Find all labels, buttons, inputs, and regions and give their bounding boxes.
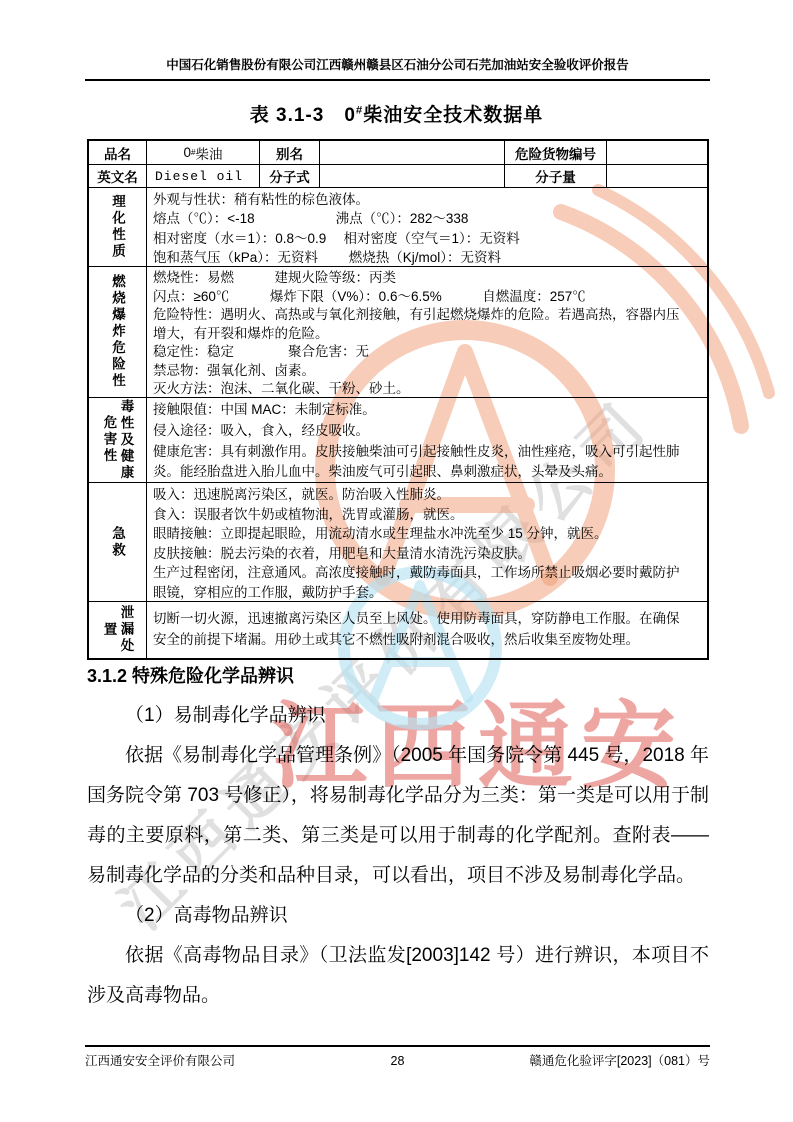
value-dangerous-goods-number	[606, 141, 707, 164]
table-text-line: 接触限值：中国 MAC：未制定标准。	[153, 400, 703, 421]
section-heading: 3.1.2 特殊危险化学品辨识	[87, 661, 709, 691]
table-row-physical-properties: 理化性质 外观与性状：稍有粘性的棕色液体。熔点（℃）：<-18 沸点（℃）：28…	[89, 187, 707, 266]
product-number: 0	[344, 105, 356, 126]
label-dangerous-goods-number: 危险货物编号	[504, 141, 606, 164]
table-text-line: 生产过程密闭，注意通风。高浓度接触时，戴防毒面具，工作场所禁止吸烟必要时戴防护	[153, 563, 703, 583]
row-label-leak-disposal: 泄漏处置	[89, 602, 146, 658]
label-alias: 别名	[259, 141, 319, 164]
table-text-line: 切断一切火源，迅速撤离污染区人员至上风处。使用防毒面具，穿防静电工作服。在确保	[153, 608, 703, 629]
table-text-line: 闪点：≥60℃ 爆炸下限（V%）：0.6～6.5% 自燃温度：257℃	[153, 288, 703, 307]
vertical-label-column: 置	[101, 622, 118, 639]
section-content-toxicity-health-hazard: 接触限值：中国 MAC：未制定标准。侵入途径：吸入，食入，经皮吸收。健康危害：具…	[146, 398, 707, 482]
table-text-line: 皮肤接触：脱去污染的衣着，用肥皂和大量清水清洗污染皮肤。	[153, 544, 703, 564]
page-header: 中国石化销售股份有限公司江西赣州赣县区石油分公司石芫加油站安全验收评价报告	[85, 55, 710, 81]
table-title: 表 3.1-30#柴油安全技术数据单	[0, 100, 793, 127]
table-row-first-aid: 急救 吸入：迅速脱离污染区，就医。防治吸入性肺炎。食入：误服者饮牛奶或植物油，洗…	[89, 482, 707, 601]
table-row-product-name: 品名 0#柴油 别名 危险货物编号	[89, 141, 707, 164]
vertical-label-column: 危害性	[101, 415, 118, 465]
table-number: 表 3.1-3	[250, 105, 325, 126]
value-alias	[319, 141, 504, 164]
row-label-fire-explosion-hazard: 燃烧爆炸危险性	[89, 267, 146, 397]
product-text: 柴油	[196, 143, 223, 163]
vertical-label-column: 燃烧爆炸危险性	[109, 274, 126, 390]
table-text-line: 相对密度（水＝1）：0.8～0.9 相对密度（空气＝1）：无资料	[153, 229, 703, 248]
product-num: 0	[183, 145, 191, 160]
table-text-line: 禁忌物：强氧化剂、卤素。	[153, 362, 703, 381]
table-text-line: 饱和蒸气压（kPa）：无资料 燃烧热（Kj/mol）：无资料	[153, 248, 703, 266]
table-text-line: 眼睛接触：立即提起眼睑，用流动清水或生理盐水冲洗至少 15 分钟，就医。	[153, 524, 703, 544]
table-text-line: 外观与性状：稍有粘性的棕色液体。	[153, 190, 703, 209]
label-molecular-weight: 分子量	[504, 165, 606, 187]
paragraph-precursor-chemicals: 依据《易制毒化学品管理条例》（2005 年国务院令第 445 号，2018 年国…	[87, 736, 709, 896]
table-text-line: 安全的前提下堵漏。用砂土或其它不燃性吸附剂混合吸收，然后收集至废物处理。	[153, 629, 703, 650]
table-text-line: 危险特性：遇明火、高热或与氧化剂接触，有引起燃烧爆炸的危险。若遇高热，容器内压	[153, 306, 703, 325]
row-label-first-aid: 急救	[89, 483, 146, 601]
table-row-fire-explosion-hazard: 燃烧爆炸危险性 燃烧性：易燃 建规火险等级：丙类闪点：≥60℃ 爆炸下限（V%）…	[89, 266, 707, 397]
table-title-text: 柴油安全技术数据单	[363, 105, 543, 126]
section-content-physical-properties: 外观与性状：稍有粘性的棕色液体。熔点（℃）：<-18 沸点（℃）：282～338…	[146, 188, 707, 266]
value-molecular-formula	[319, 165, 504, 187]
vertical-label-column: 泄漏处	[118, 605, 135, 655]
table-text-line: 熔点（℃）：<-18 沸点（℃）：282～338	[153, 209, 703, 228]
table-text-line: 健康危害：具有刺激作用。皮肤接触柴油可引起接触性皮炎，油性痤疮，吸入可引起性肺	[153, 442, 703, 463]
vertical-label-column: 急救	[109, 526, 126, 559]
safety-data-table: 品名 0#柴油 别名 危险货物编号 英文名 Diesel oil 分子式 分子量	[87, 139, 709, 660]
subsection-title-2: （2）高毒物品辨识	[87, 896, 709, 936]
document-page: 江西通安评价有限公司 江西通安 中国石化销售股份有限公司江西赣州赣县区石油分公司…	[0, 0, 793, 1122]
table-text-line: 眼镜，穿相应的工作服，戴防护手套。	[153, 583, 703, 602]
table-text-line: 吸入：迅速脱离污染区，就医。防治吸入性肺炎。	[153, 485, 703, 505]
row-label-physical-properties: 理化性质	[89, 188, 146, 266]
paragraph-highly-toxic: 依据《高毒物品目录》（卫法监发[2003]142 号）进行辨识，本项目不涉及高毒…	[87, 936, 709, 1016]
section-content-fire-explosion-hazard: 燃烧性：易燃 建规火险等级：丙类闪点：≥60℃ 爆炸下限（V%）：0.6～6.5…	[146, 267, 707, 397]
footer-document-number: 赣通危化验评字[2023]（081）号	[404, 1051, 710, 1069]
table-row-toxicity-health-hazard: 毒性及健康危害性 接触限值：中国 MAC：未制定标准。侵入途径：吸入，食入，经皮…	[89, 397, 707, 482]
body-section: 3.1.2 特殊危险化学品辨识 （1）易制毒化学品辨识 依据《易制毒化学品管理条…	[87, 661, 709, 1016]
footer-page-number: 28	[391, 1054, 405, 1068]
table-text-line: 食入：误服者饮牛奶或植物油，洗胃或灌肠，就医。	[153, 505, 703, 525]
table-text-line: 炎。能经胎盘进入胎儿血中。柴油废气可引起眼、鼻刺激症状，头晕及头痛。	[153, 462, 703, 482]
table-text-line: 增大，有开裂和爆炸的危险。	[153, 325, 703, 344]
content-layer: 中国石化销售股份有限公司江西赣州赣县区石油分公司石芫加油站安全验收评价报告 表 …	[0, 0, 793, 1122]
section-content-leak-disposal: 切断一切火源，迅速撤离污染区人员至上风处。使用防毒面具，穿防静电工作服。在确保安…	[146, 602, 707, 658]
table-text-line: 灭火方法：泡沫、二氧化碳、干粉、砂土。	[153, 380, 703, 397]
vertical-label-column: 理化性质	[109, 194, 126, 260]
footer-company-name: 江西通安安全评价有限公司	[85, 1051, 391, 1069]
table-text-line: 稳定性：稳定 聚合危害：无	[153, 343, 703, 362]
page-footer: 江西通安安全评价有限公司 28 赣通危化验评字[2023]（081）号	[85, 1045, 710, 1069]
table-row-leak-disposal: 泄漏处置 切断一切火源，迅速撤离污染区人员至上风处。使用防毒面具，穿防静电工作服…	[89, 601, 707, 658]
vertical-label-column: 毒性及健康	[118, 399, 135, 482]
row-label-toxicity-health-hazard: 毒性及健康危害性	[89, 398, 146, 482]
table-text-line: 侵入途径：吸入，食入，经皮吸收。	[153, 421, 703, 442]
subsection-title-1: （1）易制毒化学品辨识	[87, 696, 709, 736]
section-content-first-aid: 吸入：迅速脱离污染区，就医。防治吸入性肺炎。食入：误服者饮牛奶或植物油，洗胃或灌…	[146, 483, 707, 601]
table-row-english-name: 英文名 Diesel oil 分子式 分子量	[89, 164, 707, 187]
value-product-name: 0#柴油	[146, 141, 259, 164]
label-product-name: 品名	[89, 141, 146, 164]
value-molecular-weight	[606, 165, 707, 187]
label-english-name: 英文名	[89, 165, 146, 187]
label-molecular-formula: 分子式	[259, 165, 319, 187]
value-english-name: Diesel oil	[146, 165, 259, 187]
table-text-line: 燃烧性：易燃 建规火险等级：丙类	[153, 269, 703, 288]
